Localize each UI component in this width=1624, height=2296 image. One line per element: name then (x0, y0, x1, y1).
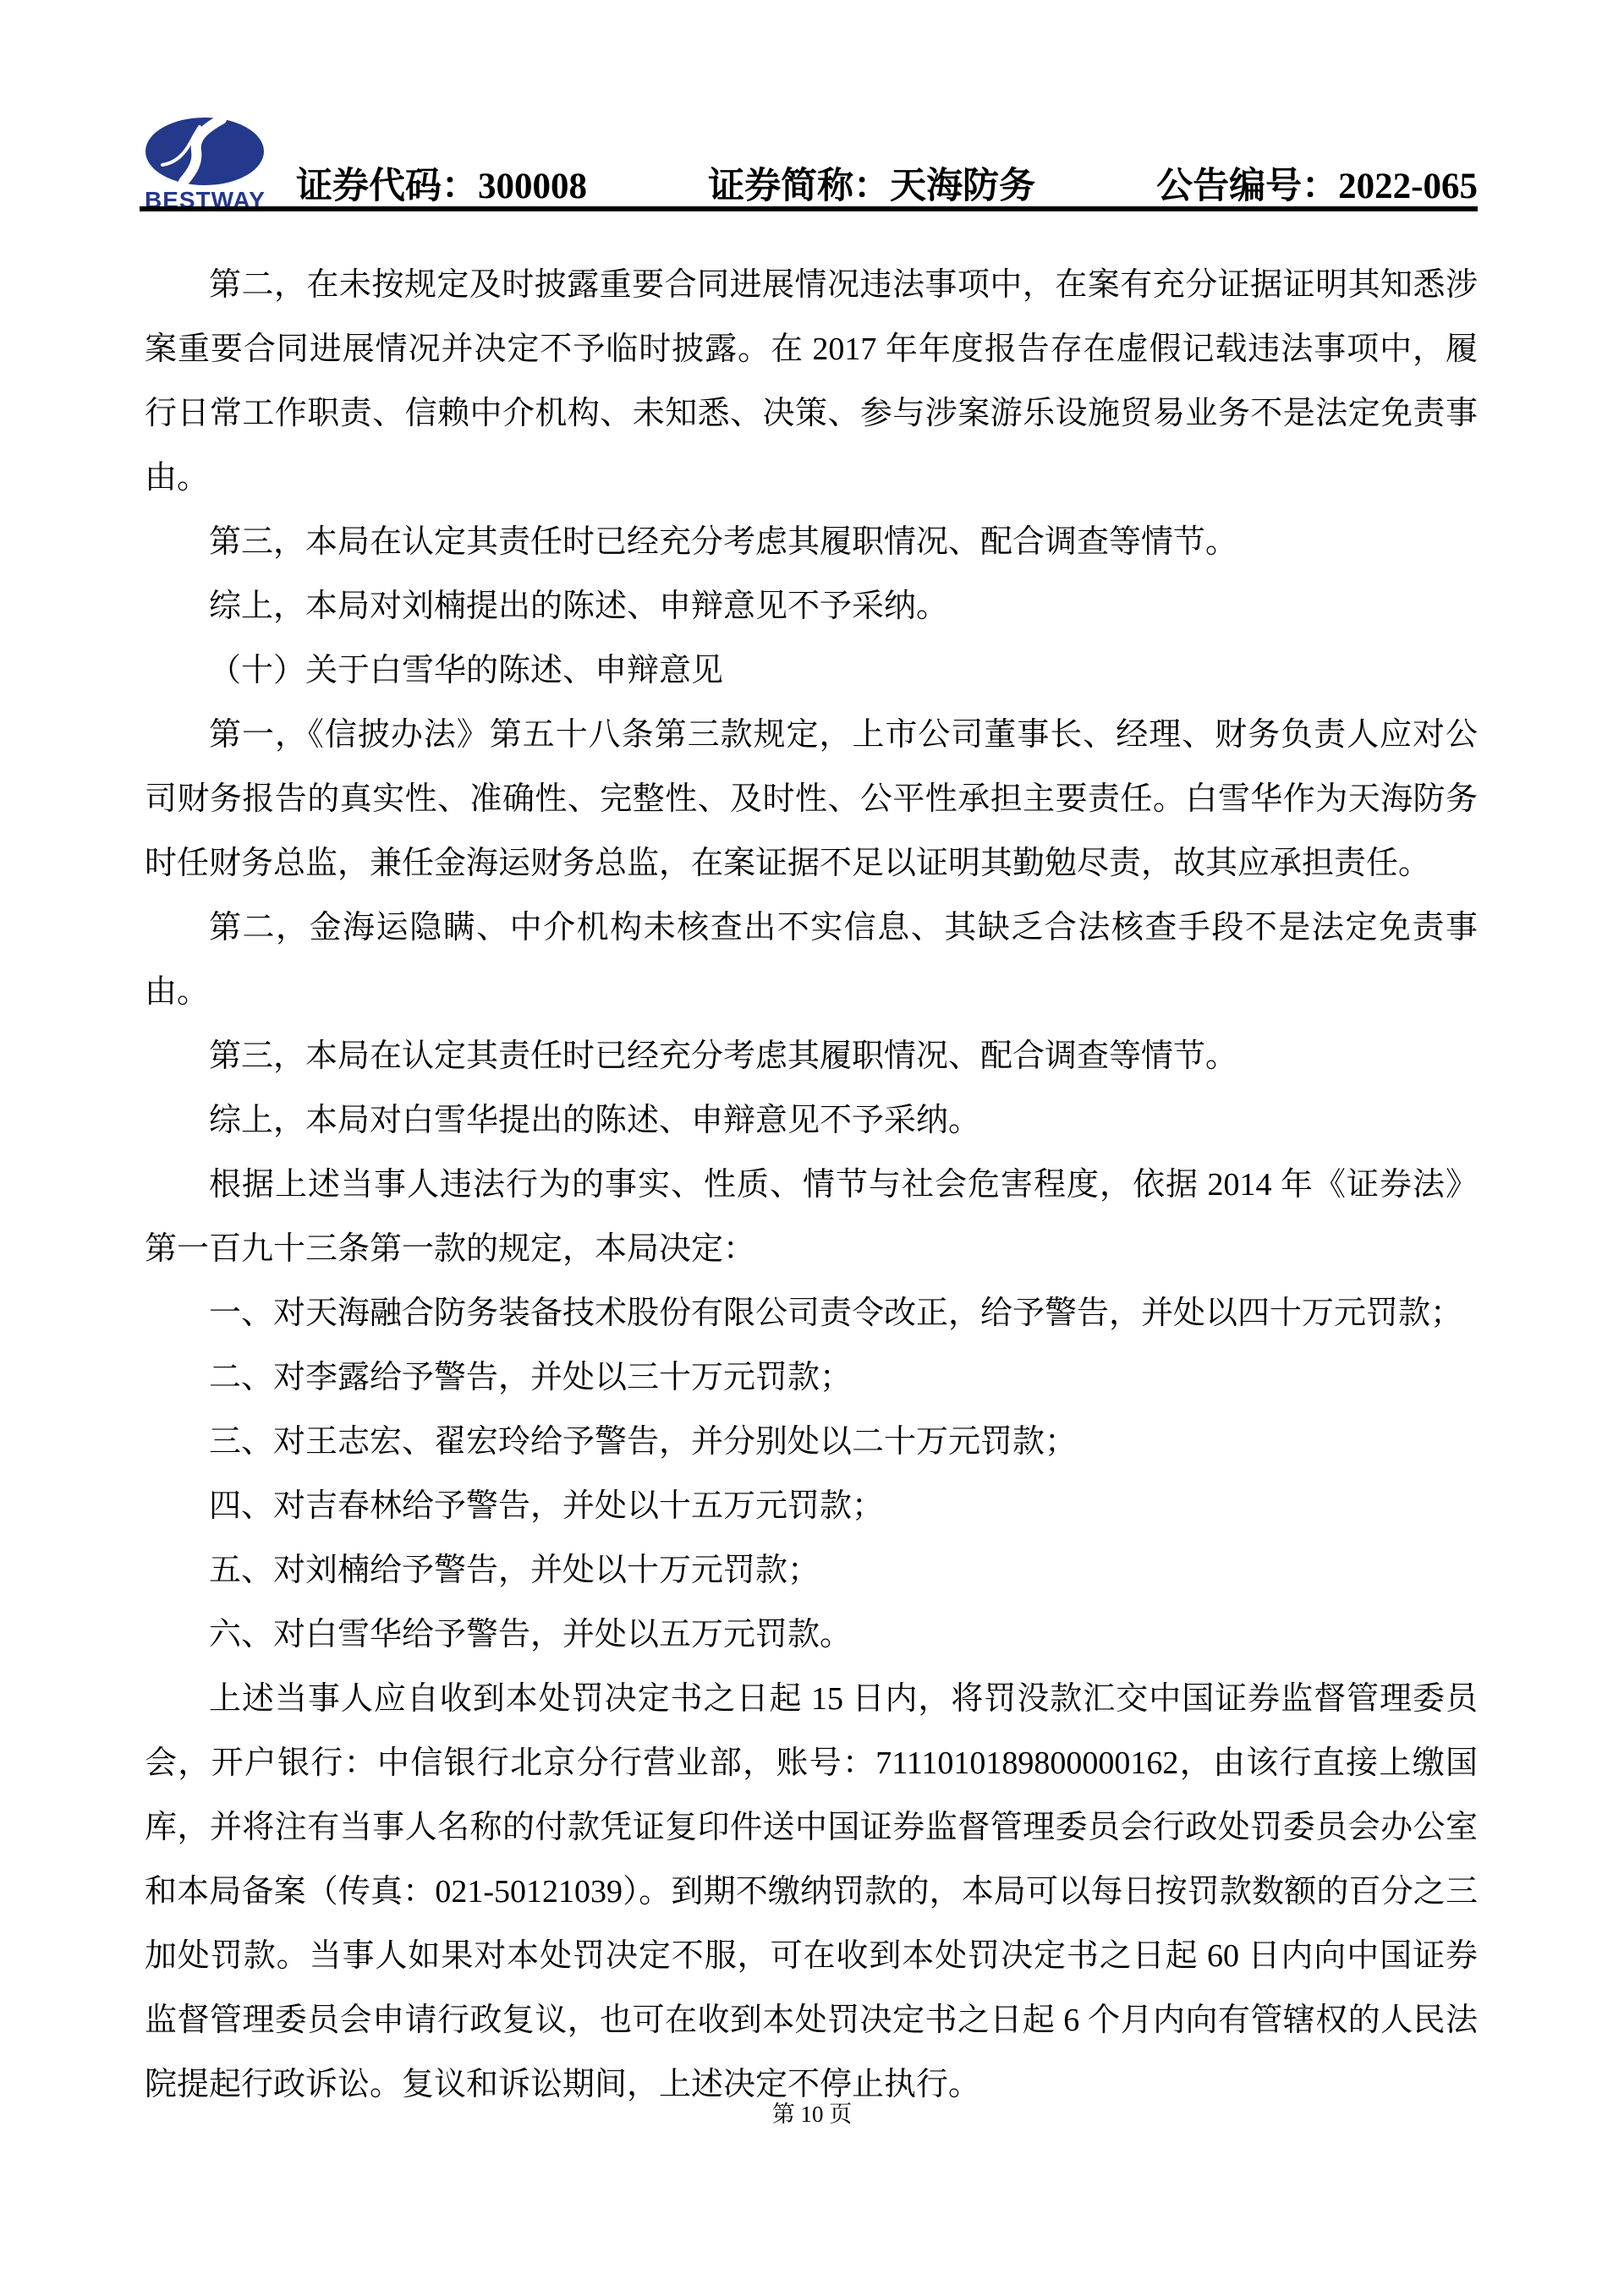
document-body: 第二，在未按规定及时披露重要合同进展情况违法事项中，在案有充分证据证明其知悉涉案… (145, 253, 1478, 2117)
stock-code-label: 证券代码：300008 (296, 167, 587, 206)
decision-item-3: 三、对王志宏、翟宏玲给予警告，并分别处以二十万元罚款； (145, 1410, 1478, 1474)
document-page: BESTWAY 证券代码：300008 证券简称：天海防务 公告编号：2022-… (0, 0, 1624, 2296)
decision-item-1: 一、对天海融合防务装备技术股份有限公司责令改正，给予警告，并处以四十万元罚款； (145, 1281, 1478, 1345)
decision-item-6: 六、对白雪华给予警告，并处以五万元罚款。 (145, 1603, 1478, 1667)
bestway-logo: BESTWAY (145, 117, 265, 212)
para-point-3-liunan: 第三，本局在认定其责任时已经充分考虑其履职情况、配合调查等情节。 (145, 510, 1478, 574)
para-conclusion-baixuehua: 综上，本局对白雪华提出的陈述、申辩意见不予采纳。 (145, 1088, 1478, 1153)
para-point-3-baixuehua: 第三，本局在认定其责任时已经充分考虑其履职情况、配合调查等情节。 (145, 1024, 1478, 1088)
header-divider (140, 206, 1478, 211)
stock-name-label: 证券简称：天海防务 (708, 167, 1035, 206)
para-point-1-baixuehua: 第一，《信披办法》第五十八条第三款规定，上市公司董事长、经理、财务负责人应对公司… (145, 703, 1478, 896)
para-conclusion-liunan: 综上，本局对刘楠提出的陈述、申辩意见不予采纳。 (145, 574, 1478, 638)
decision-item-4: 四、对吉春林给予警告，并处以十五万元罚款； (145, 1474, 1478, 1538)
announcement-header: 证券代码：300008 证券简称：天海防务 公告编号：2022-065 (296, 167, 1478, 206)
para-continued-point-2: 第二，在未按规定及时披露重要合同进展情况违法事项中，在案有充分证据证明其知悉涉案… (145, 253, 1478, 510)
para-point-2-baixuehua: 第二，金海运隐瞒、中介机构未核查出不实信息、其缺乏合法核查手段不是法定免责事由。 (145, 896, 1478, 1024)
announcement-number-label: 公告编号：2022-065 (1156, 167, 1478, 206)
decision-item-5: 五、对刘楠给予警告，并处以十万元罚款； (145, 1538, 1478, 1603)
para-legal-basis: 根据上述当事人违法行为的事实、性质、情节与社会危害程度，依据 2014 年《证券… (145, 1153, 1478, 1281)
page-footer: 第 10 页 (0, 2101, 1624, 2128)
para-payment-instructions: 上述当事人应自收到本处罚决定书之日起 15 日内，将罚没款汇交中国证券监督管理委… (145, 1667, 1478, 2117)
section-heading-10-baixuehua: （十）关于白雪华的陈述、申辩意见 (145, 638, 1478, 703)
page-number: 第 10 页 (772, 2101, 853, 2127)
decision-item-2: 二、对李露给予警告，并处以三十万元罚款； (145, 1345, 1478, 1410)
bestway-logo-icon (145, 117, 265, 186)
